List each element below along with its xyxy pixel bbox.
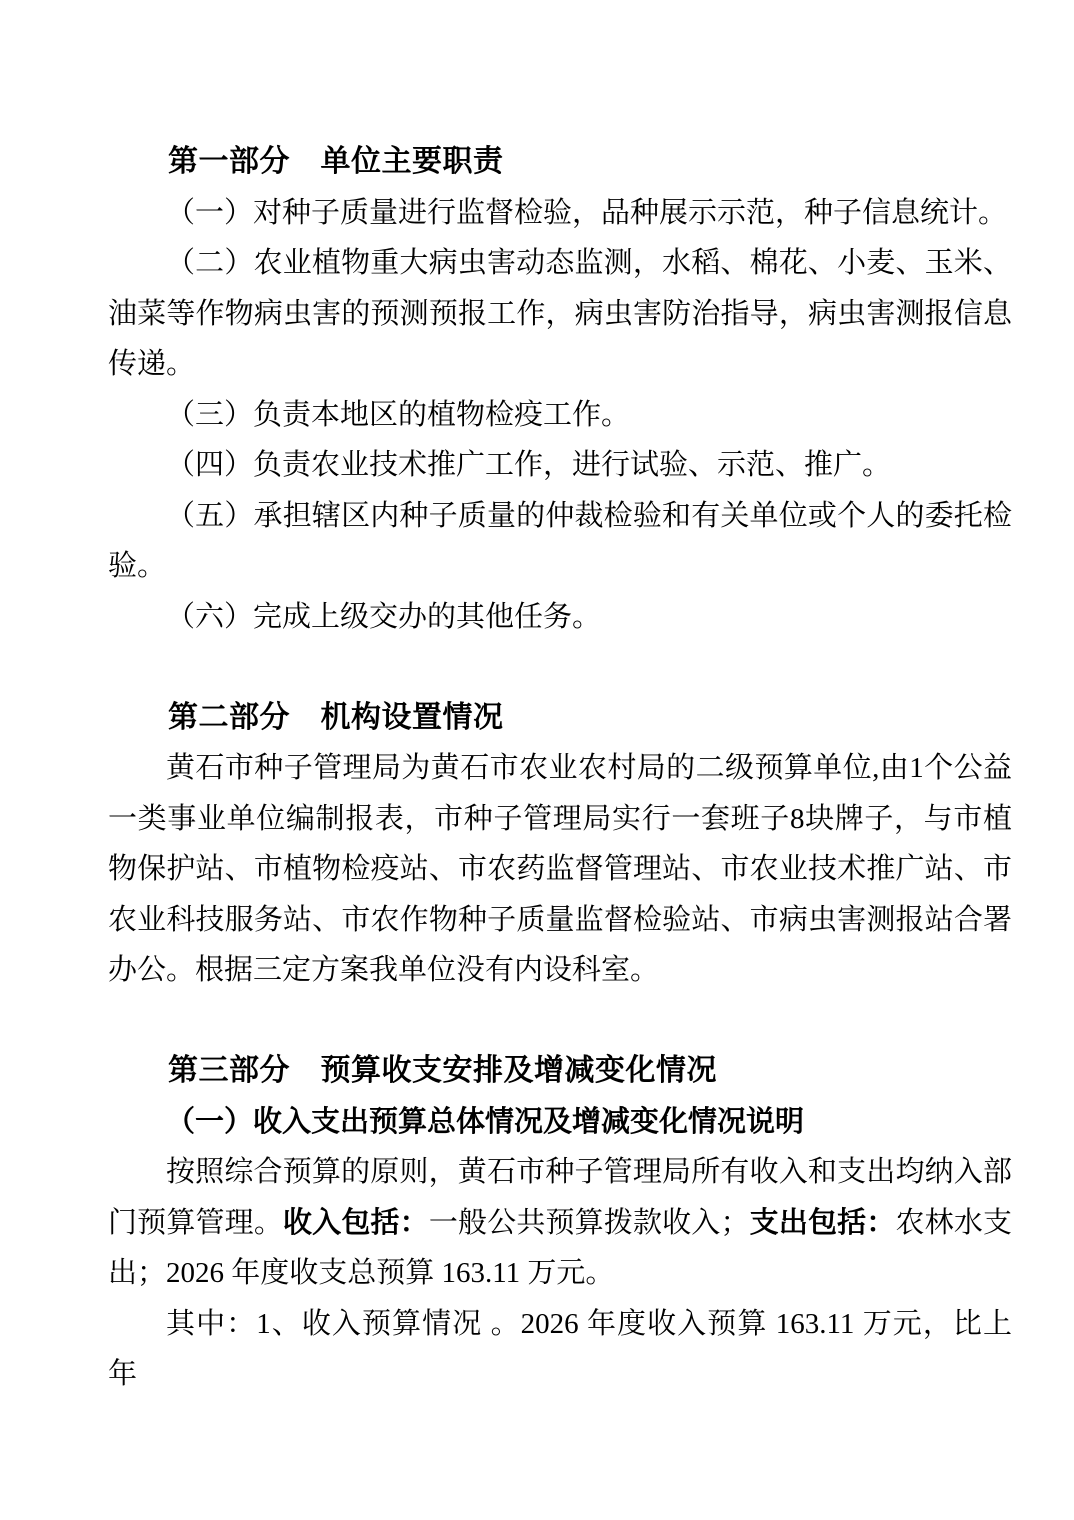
document-page: 第一部分 单位主要职责 （一）对种子质量进行监督检验，品种展示示范，种子信息统计…	[0, 0, 1074, 1520]
part1-duty-paragraph-1: （一）对种子质量进行监督检验，品种展示示范，种子信息统计。	[108, 188, 1012, 239]
part2-organization-paragraph: 黄石市种子管理局为黄石市农业农村局的二级预算单位,由1个公益一类事业单位编制报表…	[108, 743, 1012, 996]
section-part3-heading: 第三部分 预算收支安排及增减变化情况	[108, 1046, 1012, 1097]
part3-subheading: （一）收入支出预算总体情况及增减变化情况说明	[108, 1097, 1012, 1148]
part1-duty-paragraph-4: （四）负责农业技术推广工作，进行试验、示范、推广。	[108, 440, 1012, 491]
part3-overview-paragraph: 按照综合预算的原则，黄石市种子管理局所有收入和支出均纳入部门预算管理。收入包括：…	[108, 1147, 1012, 1299]
section-part1-heading: 第一部分 单位主要职责	[108, 137, 1012, 188]
income-includes-text: 一般公共预算拨款收入；	[429, 1207, 750, 1239]
part3-income-detail-paragraph: 其中：1、收入预算情况 。2026 年度收入预算 163.11 万元，比上年	[108, 1299, 1012, 1400]
part1-duty-paragraph-3: （三）负责本地区的植物检疫工作。	[108, 390, 1012, 441]
part1-duty-paragraph-6: （六）完成上级交办的其他任务。	[108, 592, 1012, 643]
blank-line	[108, 642, 1012, 693]
part1-duty-paragraph-2: （二）农业植物重大病虫害动态监测，水稻、棉花、小麦、玉米、油菜等作物病虫害的预测…	[108, 238, 1012, 390]
section-part1: 第一部分 单位主要职责 （一）对种子质量进行监督检验，品种展示示范，种子信息统计…	[108, 137, 1012, 642]
section-part2-heading: 第二部分 机构设置情况	[108, 693, 1012, 744]
income-includes-label: 收入包括：	[283, 1207, 429, 1239]
section-part2: 第二部分 机构设置情况 黄石市种子管理局为黄石市农业农村局的二级预算单位,由1个…	[108, 693, 1012, 996]
part1-duty-paragraph-5: （五）承担辖区内种子质量的仲裁检验和有关单位或个人的委托检验。	[108, 491, 1012, 592]
section-part3: 第三部分 预算收支安排及增减变化情况 （一）收入支出预算总体情况及增减变化情况说…	[108, 1046, 1012, 1400]
blank-line	[108, 996, 1012, 1047]
expense-includes-label: 支出包括：	[749, 1207, 895, 1239]
